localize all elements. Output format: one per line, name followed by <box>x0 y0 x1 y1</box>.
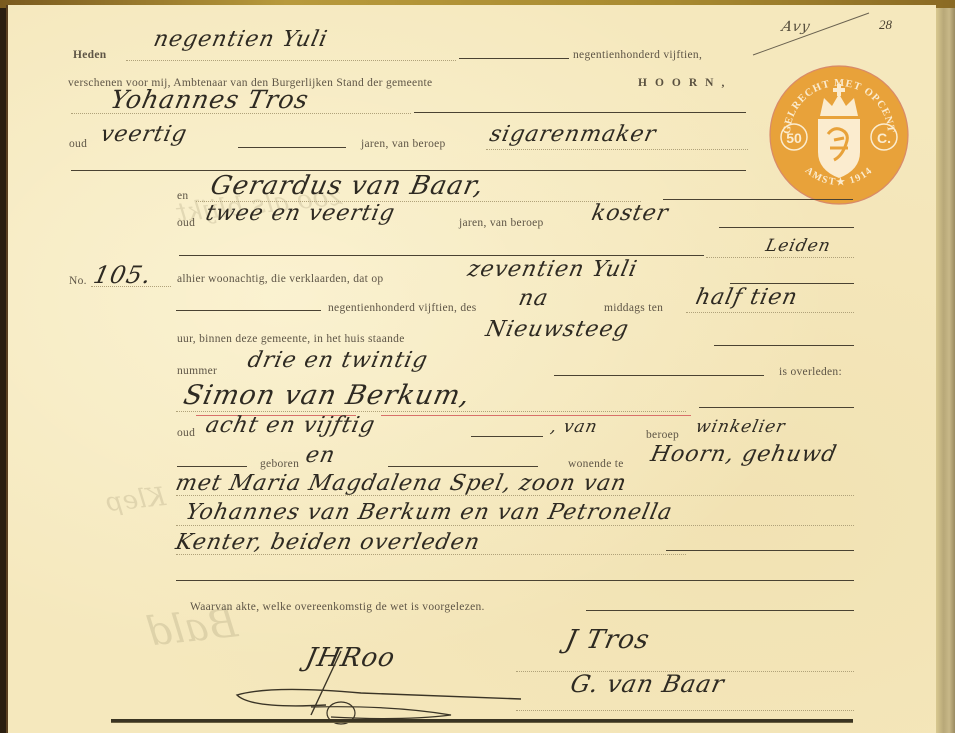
label-year-2: negentienhonderd vijftien, des <box>328 302 477 314</box>
margin-stroke <box>751 11 871 59</box>
handwritten-age: veertig <box>98 122 189 147</box>
handwritten-born: en <box>303 443 338 468</box>
label-en: en <box>177 190 188 202</box>
handwritten-parents-cont: Kenter, beiden overleden <box>173 530 482 555</box>
handwritten-deceased-age: acht en vijftig <box>203 413 377 438</box>
label-jaren-beroep: jaren, van beroep <box>361 138 446 150</box>
handwritten-deceased-name: Simon van Berkum, <box>181 380 474 411</box>
label-beroep: beroep <box>646 429 679 441</box>
signature-witness1: J Tros <box>563 625 653 655</box>
certificate-page: zoo als blijkt Klep Bald 28 Avy ZEGELREC… <box>6 5 936 733</box>
book-page-edge <box>936 8 955 733</box>
bottom-rule <box>111 719 853 723</box>
label-house: uur, binnen deze gemeente, in het huis s… <box>177 333 405 345</box>
handwritten-ampm: na <box>516 286 551 311</box>
signature-witness2: G. van Baar <box>568 670 727 698</box>
handwritten-occupation-2: koster <box>589 201 671 226</box>
label-nummer: nummer <box>177 365 217 377</box>
handwritten-age-2: twee en veertig <box>203 201 397 226</box>
label-overleden: is overleden: <box>779 366 842 378</box>
label-heden: Heden <box>73 49 106 61</box>
handwritten-time: half tien <box>693 285 800 310</box>
signature-flourish <box>231 645 531 730</box>
act-number: 105. <box>91 261 154 289</box>
handwritten-residence: Leiden <box>764 236 833 256</box>
handwritten-deceased-residence: Hoorn, gehuwd <box>648 442 839 467</box>
handwritten-death-date: zeventien Yuli <box>465 257 639 282</box>
handwritten-parents: Yohannes van Berkum en van Petronella <box>183 500 675 525</box>
handwritten-deceased-occupation: winkelier <box>694 417 788 437</box>
label-year: negentienhonderd vijftien, <box>573 49 702 61</box>
handwritten-house-number: drie en twintig <box>245 348 430 373</box>
label-jaren-beroep-2: jaren, van beroep <box>459 217 544 229</box>
label-oud: oud <box>69 138 87 150</box>
label-middags: middags ten <box>604 302 663 314</box>
stamp-value: 50 <box>786 130 802 146</box>
label-geboren: geboren <box>260 458 299 470</box>
handwritten-occupation: sigarenmaker <box>487 122 658 147</box>
folio-number: 28 <box>879 17 892 33</box>
handwritten-spouse: met Maria Magdalena Spel, zoon van <box>173 471 629 496</box>
label-oud-2: oud <box>177 217 195 229</box>
municipality: HOORN, <box>638 77 732 89</box>
handwritten-street: Nieuwsteeg <box>483 317 631 342</box>
label-act-number: No. <box>69 275 87 287</box>
bleed-through-text: Klep <box>105 482 168 518</box>
handwritten-declarant1: Yohannes Tros <box>108 85 312 114</box>
closing-text: Waarvan akte, welke overeenkomstig de we… <box>190 601 485 613</box>
handwritten-date: negentien Yuli <box>151 27 330 52</box>
tax-stamp: ZEGELRECHT MET OPCENTEN AMST★ 1914 50 C. <box>768 64 910 206</box>
stamp-currency: C. <box>877 130 891 146</box>
handwritten-van: , van <box>549 417 600 437</box>
label-wonende: wonende te <box>568 458 624 470</box>
label-declared: alhier woonachtig, die verklaarden, dat … <box>177 273 383 285</box>
label-oud-3: oud <box>177 427 195 439</box>
handwritten-declarant2: Gerardus van Baar, <box>208 171 487 201</box>
